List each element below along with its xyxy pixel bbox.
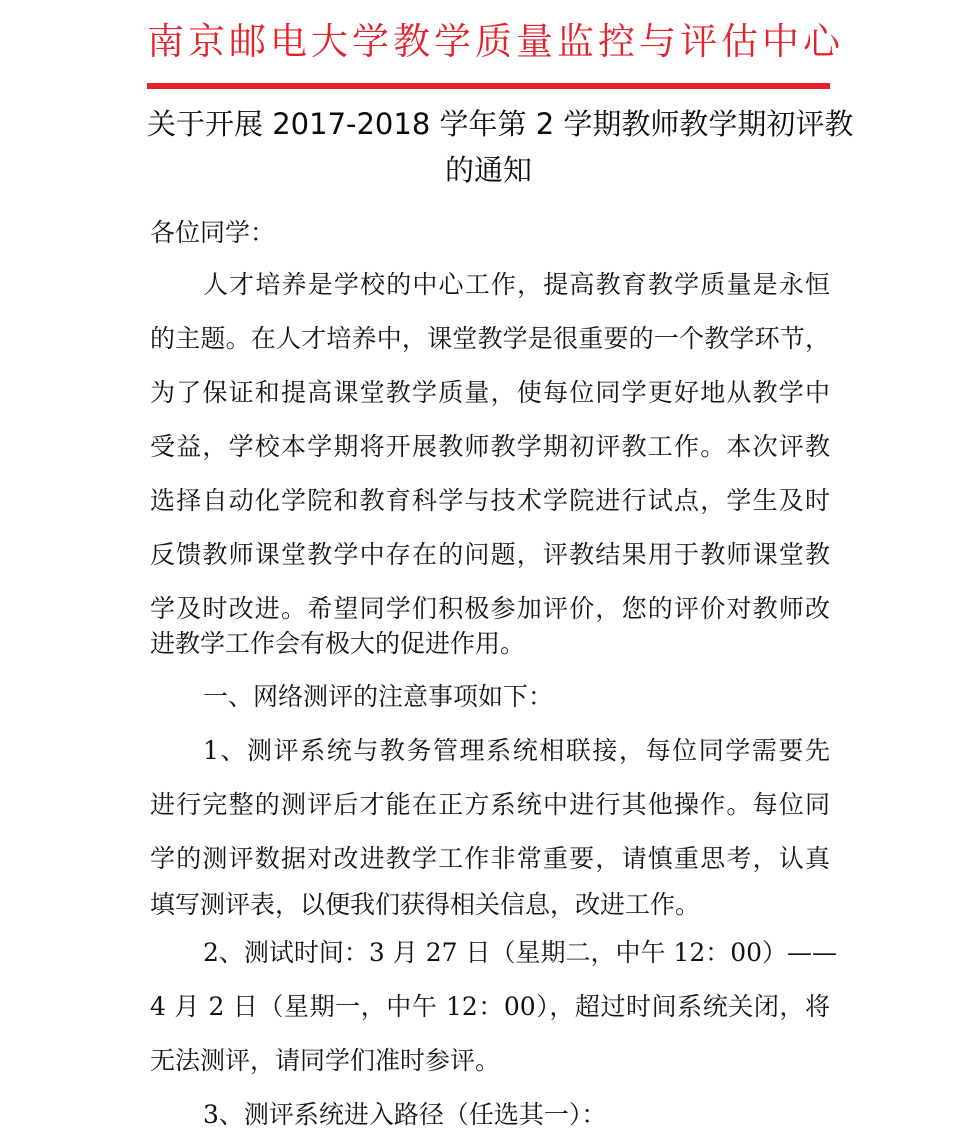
item-3-heading: 3、测评系统进入路径（任选其一）： (203, 1095, 830, 1135)
salutation: 各位同学： (150, 213, 830, 253)
paragraph-line: 4 月 2 日（星期一，中午 12：00），超过时间系统关闭，将 (150, 987, 830, 1027)
paragraph-line: 为了保证和提高课堂教学质量，使每位同学更好地从教学中 (150, 373, 830, 413)
paragraph-line: 反馈教师课堂教学中存在的问题，评教结果用于教师课堂教 (150, 535, 830, 575)
paragraph-line: 1、测评系统与教务管理系统相联接，每位同学需要先 (203, 731, 830, 771)
paragraph-line: 进行完整的测评后才能在正方系统中进行其他操作。每位同 (150, 785, 830, 825)
section-heading: 一、网络测评的注意事项如下： (203, 677, 830, 717)
paragraph-line: 受益，学校本学期将开展教师教学期初评教工作。本次评教 (150, 427, 830, 467)
paragraph-line: 的主题。在人才培养中，课堂教学是很重要的一个教学环节， (150, 319, 830, 359)
paragraph-line: 进教学工作会有极大的促进作用。 (150, 624, 830, 664)
paragraph-line: 填写测评表，以便我们获得相关信息，改进工作。 (150, 885, 830, 925)
paragraph-line: 选择自动化学院和教育科学与技术学院进行试点，学生及时 (150, 481, 830, 521)
paragraph-line: 学及时改进。希望同学们积极参加评价，您的评价对教师改 (150, 589, 830, 629)
masthead-title: 南京邮电大学教学质量监控与评估中心 (147, 14, 830, 70)
paragraph-line: 人才培养是学校的中心工作，提高教育教学质量是永恒 (203, 265, 830, 305)
notice-title-line-2: 的通知 (147, 148, 830, 192)
paragraph-line: 2、测试时间：3 月 27 日（星期二，中午 12：00）—— (203, 933, 830, 973)
paragraph-line: 学的测评数据对改进教学工作非常重要，请慎重思考，认真 (150, 839, 830, 879)
masthead-divider (147, 83, 830, 89)
paragraph-line: 无法测评，请同学们准时参评。 (150, 1041, 830, 1081)
notice-title-line-1: 关于开展 2017-2018 学年第 2 学期教师教学期初评教 (147, 102, 830, 146)
